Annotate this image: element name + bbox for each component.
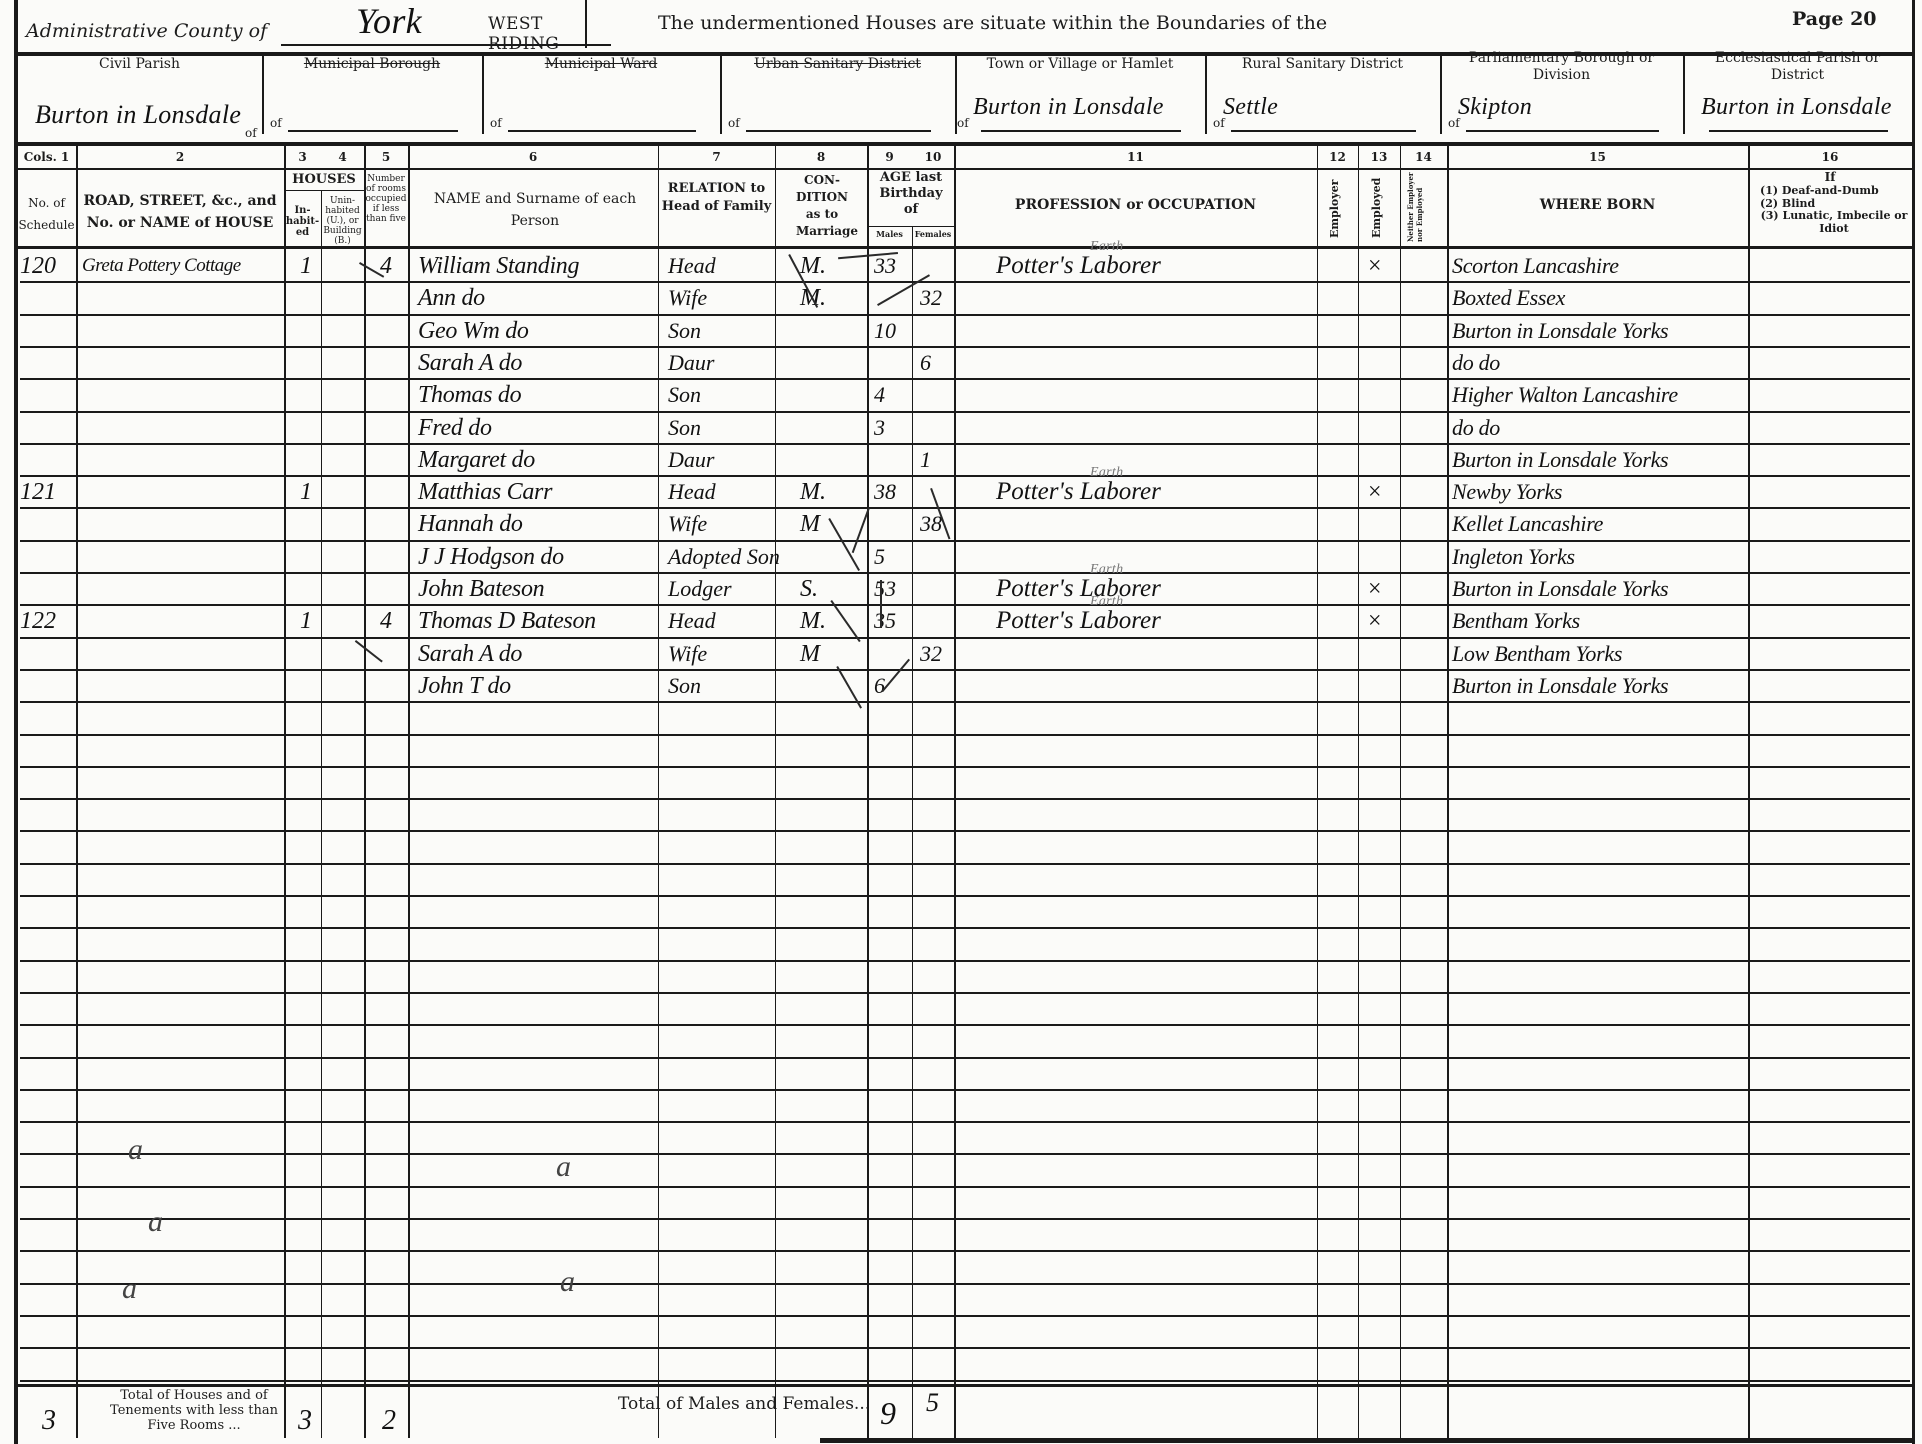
row-rule <box>20 1315 1910 1317</box>
cell-relation: Head <box>668 477 716 507</box>
cell-occupation: Potter's Laborer <box>996 251 1161 281</box>
cell-relation: Son <box>668 413 701 443</box>
header-rooms: Number of rooms occupied if less than fi… <box>365 174 407 224</box>
cell-relation: Head <box>668 606 716 636</box>
cell-relation: Head <box>668 251 716 281</box>
district-label: Town or Village or Hamlet <box>955 56 1205 73</box>
district-field-7: Ecclesiastical Parish or DistrictBurton … <box>1683 56 1912 142</box>
row-rule <box>20 830 1910 832</box>
district-underline <box>1231 130 1416 132</box>
header-age: AGE last Birthday of <box>868 170 954 218</box>
header-houses: HOUSES <box>284 172 364 187</box>
header-neither: Neither Employer nor Employed <box>1406 172 1442 242</box>
cell-inhabited: 1 <box>300 251 312 281</box>
filler-mark: a <box>148 1205 163 1239</box>
column-number: 4 <box>321 150 364 164</box>
filler-mark: a <box>122 1272 137 1306</box>
cell-male_age: 53 <box>874 574 896 604</box>
district-value: Settle <box>1223 94 1278 121</box>
column-number: 16 <box>1748 150 1912 164</box>
filler-mark: a <box>556 1150 571 1184</box>
cell-name: John T do <box>418 671 511 701</box>
tally-mark <box>880 580 882 628</box>
cell-relation: Wife <box>668 639 707 669</box>
district-value: Skipton <box>1458 94 1532 121</box>
cell-name: Thomas D Bateson <box>418 606 596 636</box>
district-label: Civil Parish <box>17 56 262 73</box>
district-value: Burton in Lonsdale <box>35 100 241 130</box>
cell-rooms: 4 <box>380 606 392 636</box>
column-divider <box>408 146 410 1438</box>
header-schedule: No. of Schedule <box>17 192 76 236</box>
header-infirmity-1: (1) Deaf-and-Dumb <box>1760 184 1879 197</box>
page-number: Page 20 <box>1792 8 1877 30</box>
total-rooms-lt5: 2 <box>382 1405 396 1437</box>
district-underline <box>508 130 696 132</box>
cell-name: William Standing <box>418 251 579 281</box>
admin-county-line: Administrative County of York WEST RIDIN… <box>26 12 586 48</box>
district-underline <box>746 130 931 132</box>
cell-relation: Daur <box>668 445 714 475</box>
admin-county-underline <box>281 44 611 46</box>
cell-condition: M <box>800 509 820 539</box>
column-number: 8 <box>775 150 867 164</box>
district-field-5: Rural Sanitary DistrictofSettle <box>1205 56 1440 142</box>
total-houses-label: Total of Houses and of Tenements with le… <box>106 1388 282 1433</box>
column-divider <box>1447 146 1449 1438</box>
column-divider <box>1317 146 1318 1438</box>
of-label: of <box>490 116 502 130</box>
column-number: 3 <box>284 150 321 164</box>
column-number: 13 <box>1358 150 1400 164</box>
cell-name: Geo Wm do <box>418 316 529 346</box>
cell-name: Thomas do <box>418 380 521 410</box>
header-relation: RELATION to Head of Family <box>660 180 773 216</box>
row-rule <box>20 1218 1910 1220</box>
district-rule <box>14 142 1912 146</box>
cell-born: Burton in Lonsdale Yorks <box>1452 574 1668 604</box>
cell-male_age: 35 <box>874 606 896 636</box>
cell-condition: M <box>800 639 820 669</box>
totals-top-rule <box>14 1384 1912 1387</box>
cell-born: Newby Yorks <box>1452 477 1562 507</box>
row-rule <box>20 1250 1910 1252</box>
cell-name: J J Hodgson do <box>418 542 564 572</box>
column-divider <box>1748 146 1750 1438</box>
header-females: Females <box>912 229 954 239</box>
cell-female_age: 32 <box>920 639 942 669</box>
district-value: Burton in Lonsdale <box>973 94 1164 121</box>
header-males: Males <box>867 229 912 239</box>
cell-female_age: 1 <box>920 445 931 475</box>
header-employed: Employed <box>1370 178 1383 238</box>
cell-born: Scorton Lancashire <box>1452 251 1619 281</box>
stamp-box-edge <box>585 0 587 48</box>
row-rule <box>20 1347 1910 1349</box>
cell-relation: Son <box>668 671 701 701</box>
cell-name: Matthias Carr <box>418 477 552 507</box>
cell-born: Burton in Lonsdale Yorks <box>1452 316 1668 346</box>
district-label: Municipal Ward <box>482 56 720 73</box>
header-name: NAME and Surname of each Person <box>420 188 650 232</box>
district-field-3: Urban Sanitary Districtof <box>720 56 955 142</box>
tally-mark <box>355 640 383 663</box>
cell-relation: Son <box>668 380 701 410</box>
column-number: 15 <box>1447 150 1748 164</box>
row-rule <box>20 1057 1910 1059</box>
cell-employed: × <box>1368 477 1382 507</box>
column-number: 14 <box>1400 150 1447 164</box>
cell-condition: M. <box>800 251 826 281</box>
cell-born: Burton in Lonsdale Yorks <box>1452 445 1668 475</box>
row-rule <box>20 281 1910 283</box>
total-inhabited: 3 <box>298 1405 312 1437</box>
filler-mark: a <box>128 1133 143 1167</box>
cell-name: Hannah do <box>418 509 523 539</box>
column-number: 12 <box>1317 150 1358 164</box>
cell-male_age: 10 <box>874 316 896 346</box>
row-rule <box>20 540 1910 542</box>
header-occupation: PROFESSION or OCCUPATION <box>954 197 1317 213</box>
district-divider <box>482 56 484 134</box>
district-underline <box>1709 130 1888 132</box>
tally-mark <box>881 659 910 692</box>
district-value: Burton in Lonsdale <box>1701 94 1892 121</box>
cell-born: Bentham Yorks <box>1452 606 1580 636</box>
district-underline <box>981 130 1181 132</box>
occupation-annotation: Earth <box>1090 239 1123 255</box>
total-males: 9 <box>880 1395 896 1432</box>
column-divider <box>1400 146 1401 1438</box>
row-rule <box>20 637 1910 639</box>
of-label: of <box>270 116 282 130</box>
district-underline <box>1466 130 1659 132</box>
cell-born: do do <box>1452 413 1500 443</box>
cell-male_age: 6 <box>874 671 885 701</box>
column-number: 11 <box>954 150 1317 164</box>
cell-male_age: 3 <box>874 413 885 443</box>
district-divider <box>955 56 957 134</box>
total-persons-label: Total of Males and Females... <box>618 1394 870 1414</box>
occupation-annotation: Earth <box>1090 465 1123 481</box>
cell-born: do do <box>1452 348 1500 378</box>
row-rule <box>20 1283 1910 1285</box>
total-females: 5 <box>926 1388 939 1418</box>
district-label: Municipal Borough <box>262 56 482 73</box>
tally-mark <box>830 600 860 642</box>
admin-county-stamp: WEST RIDING <box>488 14 586 54</box>
cell-male_age: 4 <box>874 380 885 410</box>
header-condition: CON-DITION as to Marriage <box>778 172 866 240</box>
district-divider <box>720 56 722 134</box>
cell-name: Sarah A do <box>418 348 522 378</box>
cell-relation: Lodger <box>668 574 732 604</box>
column-divider <box>775 146 776 1438</box>
header-infirmity-if: If <box>1748 170 1912 184</box>
occupation-annotation: Earth <box>1090 562 1123 578</box>
row-rule <box>20 701 1910 703</box>
column-number-rule <box>17 168 1912 170</box>
column-divider <box>76 146 78 1438</box>
column-number: 9 <box>867 150 912 164</box>
cell-male_age: 38 <box>874 477 896 507</box>
row-rule <box>20 798 1910 800</box>
row-rule <box>20 863 1910 865</box>
district-label: Urban Sanitary District <box>720 56 955 73</box>
row-rule <box>20 411 1910 413</box>
right-border <box>1912 0 1915 1444</box>
row-rule <box>20 927 1910 929</box>
cell-condition: M. <box>800 606 826 636</box>
column-divider <box>284 146 286 1438</box>
cell-condition: M. <box>800 477 826 507</box>
district-divider <box>1205 56 1207 134</box>
district-divider <box>1440 56 1442 134</box>
row-rule <box>20 960 1910 962</box>
header-where-born: WHERE BORN <box>1447 197 1748 213</box>
district-divider <box>262 56 264 134</box>
header-uninhabited: Unin-habited (U.), or Building (B.) <box>322 196 363 246</box>
cell-relation: Adopted Son <box>668 542 780 572</box>
row-rule <box>20 1089 1910 1091</box>
of-label: of <box>957 116 969 130</box>
cell-born: Higher Walton Lancashire <box>1452 380 1678 410</box>
district-label: Rural Sanitary District <box>1205 56 1440 73</box>
cell-occupation: Potter's Laborer <box>996 574 1161 604</box>
row-rule <box>20 1186 1910 1188</box>
cell-born: Boxted Essex <box>1452 283 1565 313</box>
houses-rule <box>284 190 364 191</box>
cell-born: Burton in Lonsdale Yorks <box>1452 671 1668 701</box>
column-divider <box>1358 146 1359 1438</box>
cell-relation: Wife <box>668 509 707 539</box>
district-field-6: Parliamentary Borough or DivisionofSkipt… <box>1440 56 1683 142</box>
column-number: 10 <box>912 150 954 164</box>
cell-occupation: Potter's Laborer <box>996 606 1161 636</box>
age-rule <box>867 226 954 227</box>
cell-name: Sarah A do <box>418 639 522 669</box>
column-number: Cols. 1 <box>17 150 76 164</box>
cell-schedule: 120 <box>20 251 56 281</box>
cell-schedule: 122 <box>20 606 56 636</box>
header-address: ROAD, STREET, &c., and No. or NAME of HO… <box>80 190 280 234</box>
cell-employed: × <box>1368 574 1382 604</box>
column-number: 2 <box>76 150 284 164</box>
cell-relation: Wife <box>668 283 707 313</box>
district-label: Parliamentary Borough or Division <box>1440 50 1683 84</box>
totals-bottom-rule <box>820 1438 1915 1443</box>
district-field-0: Civil ParishofBurton in Lonsdale <box>17 56 262 142</box>
cell-female_age: 32 <box>920 283 942 313</box>
row-rule <box>20 766 1910 768</box>
district-field-4: Town or Village or HamletofBurton in Lon… <box>955 56 1205 142</box>
cell-name: Fred do <box>418 413 492 443</box>
cell-female_age: 6 <box>920 348 931 378</box>
column-number: 6 <box>408 150 658 164</box>
column-divider <box>954 146 956 1438</box>
filler-mark: a <box>560 1265 575 1299</box>
occupation-annotation: Earth <box>1090 594 1123 610</box>
row-rule <box>20 1380 1910 1382</box>
district-label: Ecclesiastical Parish or District <box>1683 50 1912 84</box>
district-divider <box>1683 56 1685 134</box>
cell-born: Ingleton Yorks <box>1452 542 1575 572</box>
row-rule <box>20 1121 1910 1123</box>
admin-county-label: Administrative County of <box>26 20 267 42</box>
header-inhabited: In-habit-ed <box>285 205 320 238</box>
of-label: of <box>245 126 257 140</box>
column-number: 5 <box>364 150 408 164</box>
column-divider <box>658 146 659 1438</box>
cell-schedule: 121 <box>20 477 56 507</box>
row-rule <box>20 507 1910 509</box>
cell-name: John Bateson <box>418 574 544 604</box>
column-divider <box>364 146 366 1438</box>
row-rule <box>20 992 1910 994</box>
cell-name: Margaret do <box>418 445 535 475</box>
header-employer: Employer <box>1328 178 1341 238</box>
header-infirmity-3: (3) Lunatic, Imbecile or Idiot <box>1756 209 1912 235</box>
row-rule <box>20 1153 1910 1155</box>
row-rule <box>20 346 1910 348</box>
header-bottom-rule <box>14 246 1912 249</box>
cell-inhabited: 1 <box>300 477 312 507</box>
district-field-1: Municipal Boroughof <box>262 56 482 142</box>
column-number: 7 <box>658 150 775 164</box>
cell-house: Greta Pottery Cottage <box>82 251 241 281</box>
cell-relation: Daur <box>668 348 714 378</box>
cell-employed: × <box>1368 606 1382 636</box>
cell-employed: × <box>1368 251 1382 281</box>
cell-occupation: Potter's Laborer <box>996 477 1161 507</box>
cell-inhabited: 1 <box>300 606 312 636</box>
cell-male_age: 5 <box>874 542 885 572</box>
column-divider <box>867 146 869 1438</box>
district-field-2: Municipal Wardof <box>482 56 720 142</box>
cell-born: Low Bentham Yorks <box>1452 639 1622 669</box>
total-schedules: 3 <box>42 1405 56 1437</box>
cell-relation: Son <box>668 316 701 346</box>
cell-born: Kellet Lancashire <box>1452 509 1603 539</box>
row-rule <box>20 1024 1910 1026</box>
cell-condition: S. <box>800 574 818 604</box>
of-label: of <box>728 116 740 130</box>
column-divider <box>912 226 913 1438</box>
admin-county-value: York <box>356 0 422 42</box>
cell-name: Ann do <box>418 283 485 313</box>
district-underline <box>288 130 458 132</box>
row-rule <box>20 734 1910 736</box>
boundary-text: The undermentioned Houses are situate wi… <box>658 12 1327 34</box>
row-rule <box>20 895 1910 897</box>
